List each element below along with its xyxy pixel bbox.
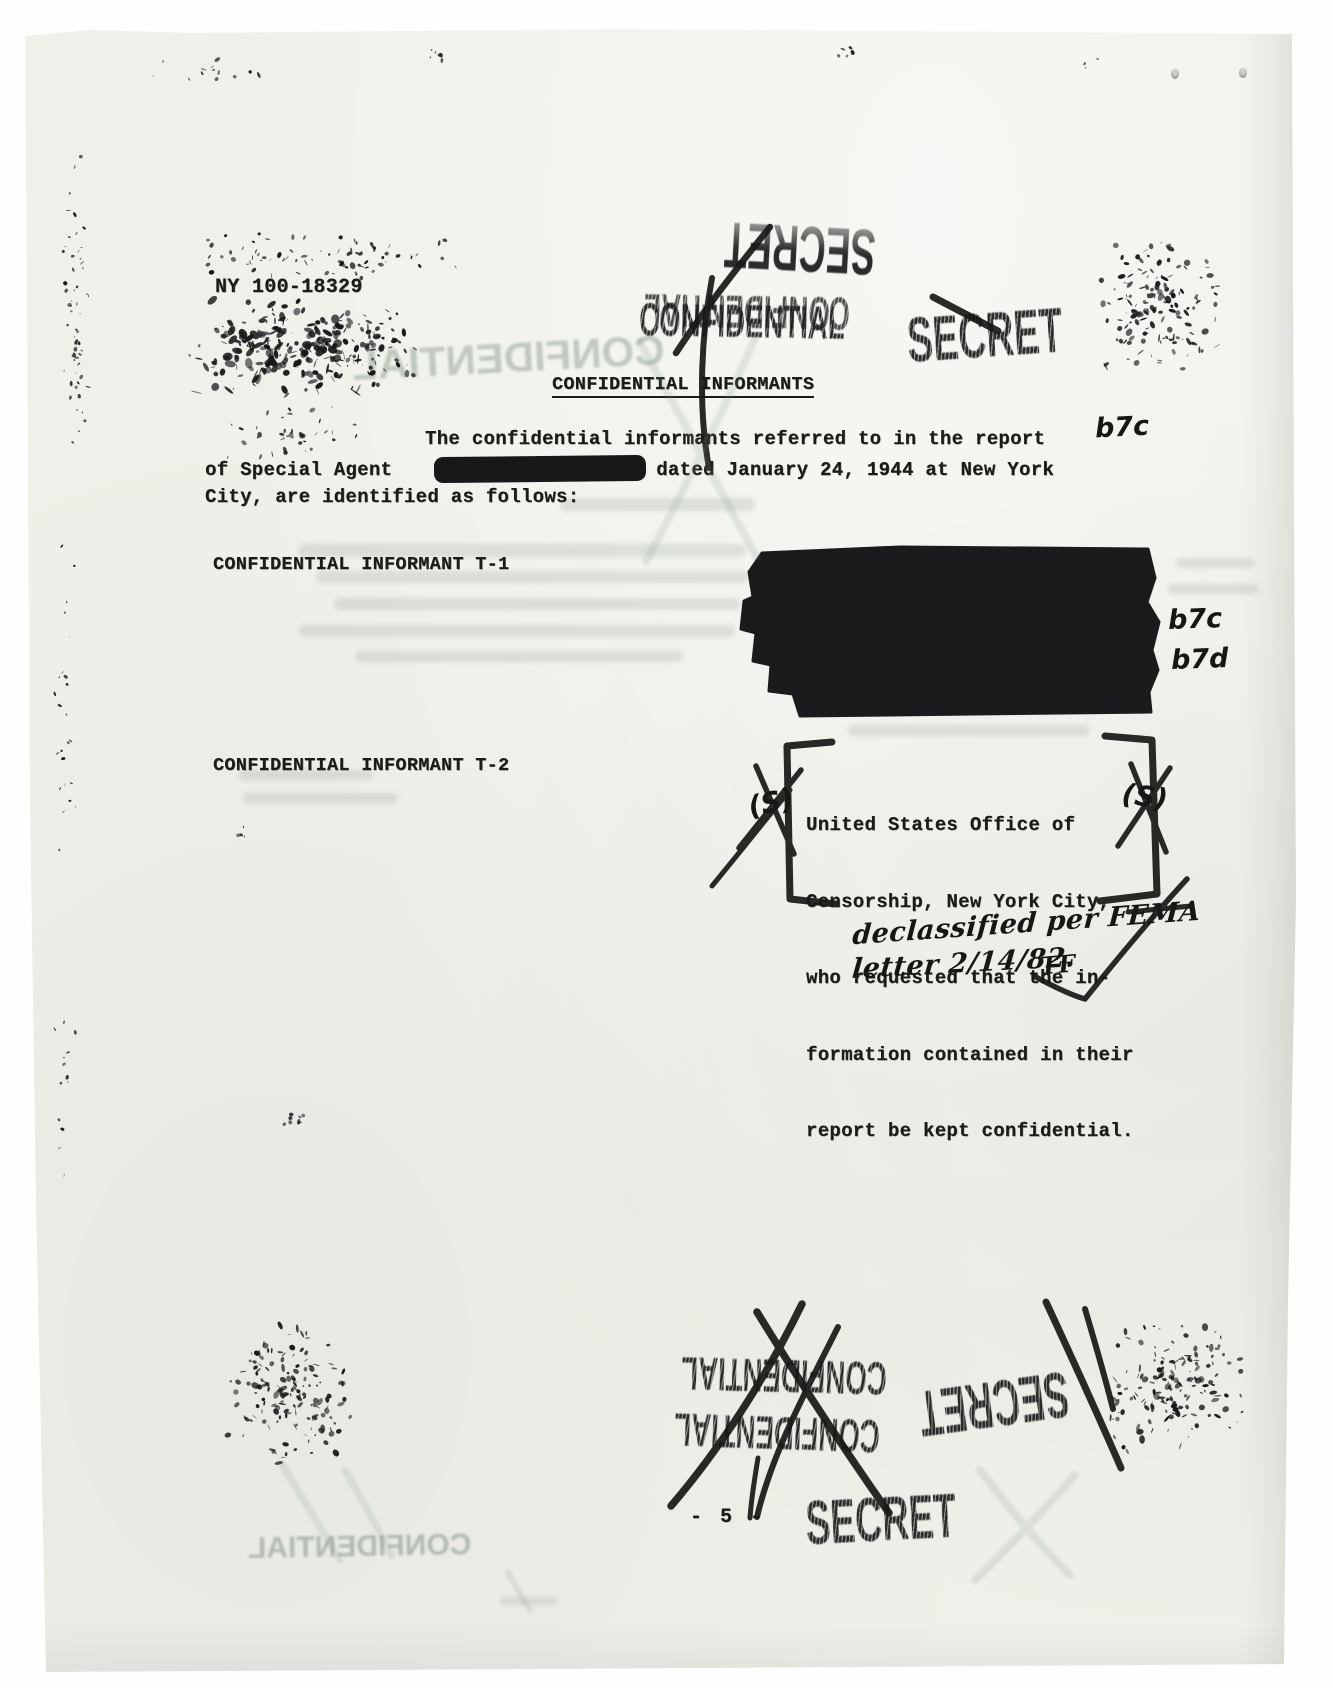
confidential-stamp-top-overstruck: CONFIDENTIAL — [644, 283, 850, 341]
t2-line: formation contained in their — [806, 1043, 1134, 1069]
bleed-line — [560, 498, 755, 511]
bleed-line — [848, 725, 1090, 736]
intro-line-2-before: of Special Agent — [205, 459, 392, 481]
intro-line-3: City, are identified as follows: — [205, 486, 579, 508]
secret-stamp-inverted-top: SECRET — [723, 207, 878, 289]
page-number: - 5 - — [690, 1506, 765, 1529]
redaction-bar-agent-name — [434, 455, 646, 483]
bleed-line — [355, 651, 683, 662]
paper-crease — [1240, 34, 1296, 1666]
exemption-code-b7c-top: b7c — [1094, 411, 1150, 445]
exemption-code-b7c: b7c — [1167, 603, 1222, 636]
secret-stamp-inverted-bottom: SECRET — [914, 1356, 1074, 1452]
intro-line-1: The confidential informants referred to … — [425, 428, 1045, 450]
scanned-document: CONFIDENTIAL CONFIDENTIAL NY 100-18329 C… — [0, 0, 1333, 1688]
secret-stamp-top-right: SECRET — [905, 294, 1066, 377]
confidential-stamp-inverted-bottom-1: CONFIDENTIAL — [681, 1346, 888, 1405]
classification-marking-right: (S) — [1120, 777, 1170, 816]
case-number: NY 100-18329 — [215, 276, 363, 299]
intro-line-2: of Special Agentdated January 24, 1944 a… — [205, 456, 1054, 482]
informant-t2-label: CONFIDENTIAL INFORMANT T-2 — [213, 755, 509, 776]
paper-bottom-shade — [40, 1620, 1290, 1672]
reviewer-initials: TF — [1039, 948, 1077, 980]
bleed-through-confidential-bottom: CONFIDENTIAL — [248, 1528, 472, 1566]
paper-page: CONFIDENTIAL CONFIDENTIAL NY 100-18329 C… — [0, 0, 1333, 1688]
bleed-line — [500, 1597, 558, 1605]
page-heading: CONFIDENTIAL INFORMANTS — [552, 374, 814, 398]
informant-t1-label: CONFIDENTIAL INFORMANT T-1 — [213, 554, 509, 575]
staple-hole — [1239, 67, 1247, 78]
bleed-line — [840, 699, 1098, 710]
bleed-line — [299, 625, 735, 637]
confidential-stamp-inverted-bottom-2: CONFIDENTIAL — [673, 1402, 880, 1463]
t2-line: United States Office of — [806, 813, 1134, 839]
intro-line-2-after: dated January 24, 1944 at New York — [656, 459, 1054, 481]
secret-stamp-bottom: SECRET — [804, 1481, 958, 1560]
bleed-line — [243, 793, 398, 803]
bleed-line — [334, 598, 740, 610]
exemption-code-b7d: b7d — [1170, 643, 1229, 676]
t2-line: report be kept confidential. — [806, 1119, 1134, 1145]
staple-hole — [1171, 68, 1179, 79]
classification-marking-left: (S) — [745, 782, 797, 824]
